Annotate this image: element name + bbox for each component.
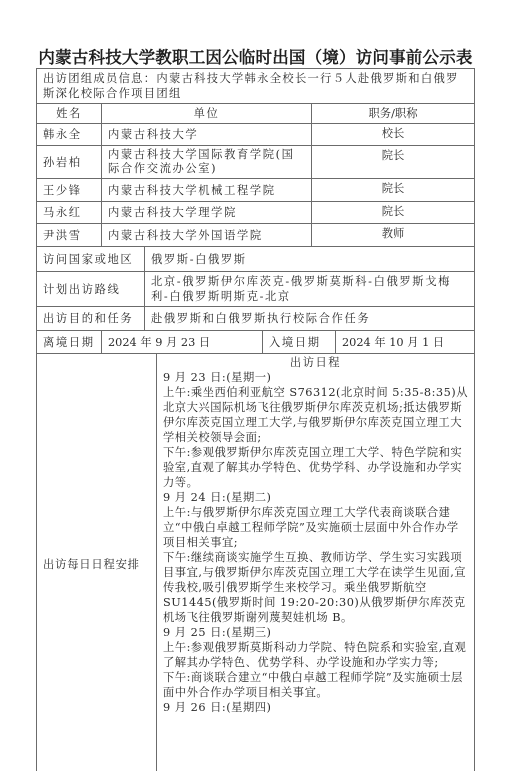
member-unit: 内蒙古科技大学 [101, 124, 311, 145]
header-unit: 单位 [101, 104, 311, 123]
departure-label: 离境日期 [37, 331, 101, 353]
purpose-label: 出访目的和任务 [37, 307, 144, 330]
route-row: 计划出访路线 北京-俄罗斯伊尔库茨克-俄罗斯莫斯科-白俄罗斯戈梅利-白俄罗斯明斯… [37, 271, 474, 306]
schedule-day: 9 月 24 日:(星期二) [163, 490, 468, 505]
header-name: 姓名 [37, 104, 101, 123]
member-position: 院长 [311, 146, 474, 178]
member-name: 韩永全 [37, 124, 101, 145]
country-value: 俄罗斯-白俄罗斯 [144, 247, 474, 271]
member-unit: 内蒙古科技大学国际教育学院(国际合作交流办公室) [101, 146, 311, 178]
members-header-row: 姓名 单位 职务/职称 [37, 103, 474, 123]
member-position: 院长 [311, 202, 474, 223]
member-name: 尹洪雪 [37, 224, 101, 246]
member-row: 韩永全 内蒙古科技大学 校长 [37, 123, 474, 145]
departure-value: 2024 年 9 月 23 日 [101, 331, 262, 353]
purpose-value: 赴俄罗斯和白俄罗斯执行校际合作任务 [144, 307, 474, 330]
schedule-day: 9 月 23 日:(星期一) [163, 370, 468, 385]
member-name: 王少锋 [37, 179, 101, 201]
member-row: 王少锋 内蒙古科技大学机械工程学院 院长 [37, 178, 474, 201]
schedule-title: 出访日程 [163, 355, 468, 370]
schedule-entry: 下午:继续商谈实施学生互换、教师访学、学生实习实践项目事宜,与俄罗斯伊尔库茨克国… [163, 550, 468, 625]
schedule-content: 出访日程 9 月 23 日:(星期一) 上午:乘坐西伯利亚航空 S76312(北… [156, 354, 474, 771]
member-unit: 内蒙古科技大学外国语学院 [101, 224, 311, 246]
group-info-row: 出访团组成员信息：内蒙古科技大学韩永全校长一行５人赴俄罗斯和白俄罗斯深化校际合作… [37, 69, 474, 103]
member-position: 教师 [311, 224, 474, 246]
member-unit: 内蒙古科技大学理学院 [101, 202, 311, 223]
member-row: 尹洪雪 内蒙古科技大学外国语学院 教师 [37, 223, 474, 246]
member-unit: 内蒙古科技大学机械工程学院 [101, 179, 311, 201]
country-row: 访问国家或地区 俄罗斯-白俄罗斯 [37, 246, 474, 271]
schedule-entry: 上午:与俄罗斯伊尔库茨克国立理工大学代表商谈联合建立“中俄白卓越工程师学院”及实… [163, 505, 468, 550]
schedule-entry: 下午:参观俄罗斯伊尔库茨克国立理工大学、特色学院和实验室,直观了解其办学特色、优… [163, 445, 468, 490]
schedule-row: 出访每日日程安排 出访日程 9 月 23 日:(星期一) 上午:乘坐西伯利亚航空… [37, 353, 474, 771]
entry-label: 入境日期 [262, 331, 335, 353]
schedule-entry: 下午:商谈联合建立“中俄白卓越工程师学院”及实施硕士层面中外合作办学项目相关事宜… [163, 670, 468, 700]
schedule-day: 9 月 25 日:(星期三) [163, 625, 468, 640]
member-position: 院长 [311, 179, 474, 201]
country-label: 访问国家或地区 [37, 247, 144, 271]
route-value: 北京-俄罗斯伊尔库茨克-俄罗斯莫斯科-白俄罗斯戈梅利-白俄罗斯明斯克-北京 [144, 272, 474, 306]
group-info: 出访团组成员信息：内蒙古科技大学韩永全校长一行５人赴俄罗斯和白俄罗斯深化校际合作… [37, 69, 474, 103]
member-name: 马永红 [37, 202, 101, 223]
schedule-entry: 上午:参观俄罗斯莫斯科动力学院、特色院系和实验室,直观了解其办学特色、优势学科、… [163, 640, 468, 670]
dates-row: 离境日期 2024 年 9 月 23 日 入境日期 2024 年 10 月 1 … [37, 330, 474, 353]
page-title: 内蒙古科技大学教职工因公临时出国（境）访问事前公示表 [0, 44, 511, 68]
schedule-label: 出访每日日程安排 [37, 354, 156, 771]
member-row: 孙岩柏 内蒙古科技大学国际教育学院(国际合作交流办公室) 院长 [37, 145, 474, 178]
member-row: 马永红 内蒙古科技大学理学院 院长 [37, 201, 474, 223]
purpose-row: 出访目的和任务 赴俄罗斯和白俄罗斯执行校际合作任务 [37, 306, 474, 330]
route-label: 计划出访路线 [37, 272, 144, 306]
entry-value: 2024 年 10 月 1 日 [335, 331, 474, 353]
schedule-entry: 上午:乘坐西伯利亚航空 S76312(北京时间 5:35-8:35)从北京大兴国… [163, 385, 468, 445]
header-position: 职务/职称 [311, 104, 474, 123]
announcement-table: 出访团组成员信息：内蒙古科技大学韩永全校长一行５人赴俄罗斯和白俄罗斯深化校际合作… [36, 68, 475, 771]
member-position: 校长 [311, 124, 474, 145]
schedule-day: 9 月 26 日:(星期四) [163, 700, 468, 715]
member-name: 孙岩柏 [37, 146, 101, 178]
